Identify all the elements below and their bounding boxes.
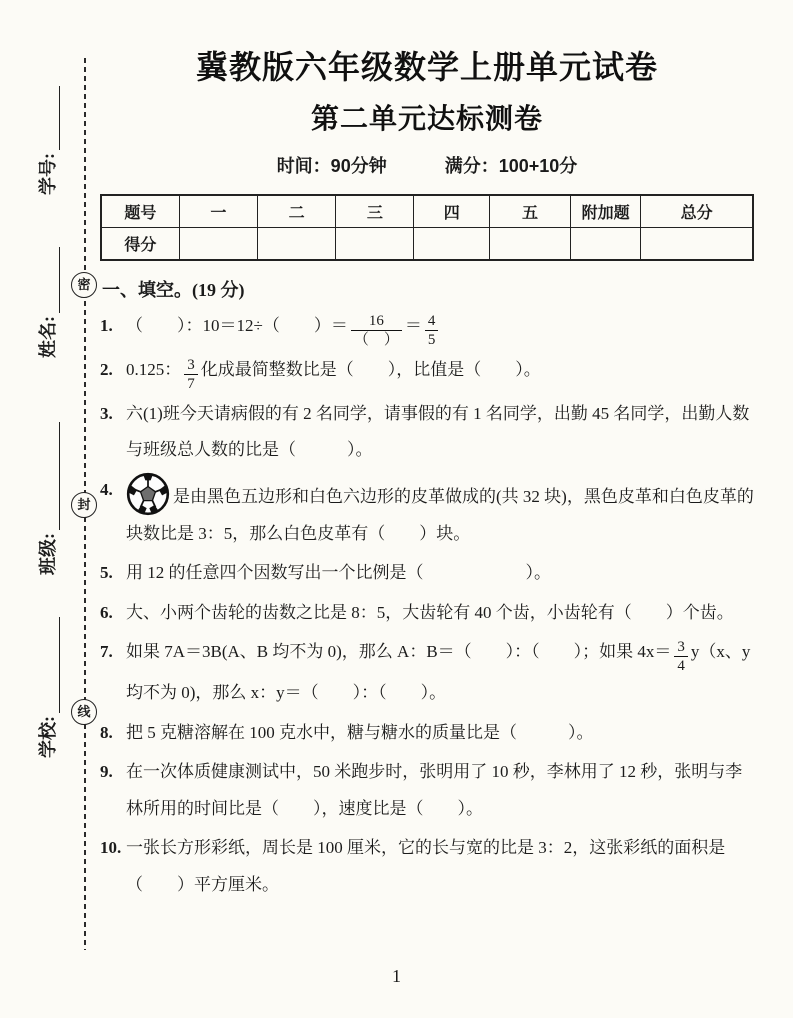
question-item: 5.用 12 的任意四个因数写出一个比例是（ ）。 xyxy=(100,555,754,592)
margin-field-class: 班级: xyxy=(34,397,60,575)
score-table-score-row: 得分 xyxy=(101,228,753,261)
fill-blank-line xyxy=(43,247,60,313)
question-list: 1.（ ）：10＝12÷（ ）＝16（ ）＝452.0.125：37化成最简整数… xyxy=(100,308,754,903)
question-number: 1. xyxy=(100,308,126,345)
question-text: 用 12 的任意四个因数写出一个比例是（ ）。 xyxy=(126,555,754,592)
question-number: 7. xyxy=(100,634,126,671)
margin-field-label: 学号: xyxy=(34,153,60,195)
question-number: 3. xyxy=(100,396,126,433)
fraction-denominator: 4 xyxy=(674,656,688,675)
score-table-header-cell: 三 xyxy=(336,195,414,228)
question-number: 6. xyxy=(100,595,126,632)
question-number: 5. xyxy=(100,555,126,592)
score-table-header-cell: 四 xyxy=(414,195,490,228)
question-item: 8.把 5 克糖溶解在 100 克水中，糖与糖水的质量比是（ ）。 xyxy=(100,715,754,752)
paper-subtitle: 第二单元达标测卷 xyxy=(100,97,754,137)
question-text: 如果 7A＝3B(A、B 均不为 0)，那么 A：B＝（ ）：（ ）；如果 4x… xyxy=(126,634,754,711)
fraction: 16（ ） xyxy=(351,312,402,349)
margin-field-student-name: 姓名: xyxy=(34,223,60,358)
fraction: 45 xyxy=(425,312,439,349)
score-cell xyxy=(641,228,753,261)
seal-char: 密 xyxy=(71,272,97,298)
exam-paper-page: 学号:姓名:班级:学校: 密封线 冀教版六年级数学上册单元试卷 第二单元达标测卷… xyxy=(0,0,793,1018)
question-text: 大、小两个齿轮的齿数之比是 8：5，大齿轮有 40 个齿，小齿轮有（ ）个齿。 xyxy=(126,595,754,632)
margin-field-label: 姓名: xyxy=(34,316,60,358)
score-table: 题号一二三四五附加题总分得分 xyxy=(100,194,754,261)
margin-field-student-id: 学号: xyxy=(34,65,60,195)
exam-full-score: 满分：100+10分 xyxy=(445,152,578,178)
question-item: 6.大、小两个齿轮的齿数之比是 8：5，大齿轮有 40 个齿，小齿轮有（ ）个齿… xyxy=(100,595,754,632)
question-text: 在一次体质健康测试中，50 米跑步时，张明用了 10 秒，李林用了 12 秒，张… xyxy=(126,754,754,827)
fraction-denominator: 7 xyxy=(184,374,198,393)
exam-time: 时间：90分钟 xyxy=(277,152,387,178)
question-text: 把 5 克糖溶解在 100 克水中，糖与糖水的质量比是（ ）。 xyxy=(126,715,754,752)
question-item: 9.在一次体质健康测试中，50 米跑步时，张明用了 10 秒，李林用了 12 秒… xyxy=(100,754,754,827)
exam-info-line: 时间：90分钟 满分：100+10分 xyxy=(100,152,754,178)
question-item: 2.0.125：37化成最简整数比是（ ），比值是（ ）。 xyxy=(100,352,754,393)
question-text: 一张长方形彩纸，周长是 100 厘米，它的长与宽的比是 3：2，这张彩纸的面积是… xyxy=(126,830,754,903)
fraction-numerator: 3 xyxy=(184,356,198,374)
margin-field-school: 学校: xyxy=(34,593,60,758)
score-table-header-cell: 一 xyxy=(179,195,257,228)
fraction-denominator: 5 xyxy=(425,330,439,349)
fill-blank-line xyxy=(43,617,60,713)
score-table-header-cell: 题号 xyxy=(101,195,179,228)
score-table-body: 题号一二三四五附加题总分得分 xyxy=(101,195,753,260)
question-number: 2. xyxy=(100,352,126,389)
question-number: 8. xyxy=(100,715,126,752)
question-item: 10.一张长方形彩纸，周长是 100 厘米，它的长与宽的比是 3：2，这张彩纸的… xyxy=(100,830,754,903)
question-item: 7.如果 7A＝3B(A、B 均不为 0)，那么 A：B＝（ ）：（ ）；如果 … xyxy=(100,634,754,711)
page-number: 1 xyxy=(0,966,793,987)
margin-field-label: 学校: xyxy=(34,716,60,758)
paper-content: 冀教版六年级数学上册单元试卷 第二单元达标测卷 时间：90分钟 满分：100+1… xyxy=(100,42,754,906)
margin-field-label: 班级: xyxy=(34,533,60,575)
fill-blank-line xyxy=(43,422,60,530)
fraction-numerator: 3 xyxy=(674,638,688,656)
fraction: 37 xyxy=(184,356,198,393)
fraction-numerator: 4 xyxy=(425,312,439,330)
score-cell xyxy=(570,228,640,261)
score-table-header-cell: 附加题 xyxy=(570,195,640,228)
question-number: 10. xyxy=(100,830,126,867)
paper-title: 冀教版六年级数学上册单元试卷 xyxy=(100,42,754,88)
question-text: 是由黑色五边形和白色六边形的皮革做成的(共 32 块)，黑色皮革和白色皮革的块数… xyxy=(126,472,754,553)
question-item: 3.六(1)班今天请病假的有 2 名同学，请事假的有 1 名同学，出勤 45 名… xyxy=(100,396,754,469)
score-cell xyxy=(490,228,571,261)
score-cell xyxy=(336,228,414,261)
fraction-numerator: 16 xyxy=(351,312,402,330)
score-cell xyxy=(179,228,257,261)
question-number: 4. xyxy=(100,472,126,509)
question-text: 六(1)班今天请病假的有 2 名同学，请事假的有 1 名同学，出勤 45 名同学… xyxy=(126,396,754,469)
score-table-header-cell: 五 xyxy=(490,195,571,228)
fraction: 34 xyxy=(674,638,688,675)
score-cell xyxy=(257,228,335,261)
question-text: 0.125：37化成最简整数比是（ ），比值是（ ）。 xyxy=(126,352,754,393)
question-item: 4. 是由黑色五边形和白色六边形的皮革做成的(共 32 块)，黑色皮革和白色皮革… xyxy=(100,472,754,553)
question-item: 1.（ ）：10＝12÷（ ）＝16（ ）＝45 xyxy=(100,308,754,349)
fill-blank-line xyxy=(43,86,60,150)
question-number: 9. xyxy=(100,754,126,791)
soccer-ball-icon xyxy=(126,472,170,516)
question-text: （ ）：10＝12÷（ ）＝16（ ）＝45 xyxy=(126,308,754,349)
section-heading: 一、填空。(19 分) xyxy=(102,276,754,302)
score-table-header-cell: 总分 xyxy=(641,195,753,228)
seal-char: 线 xyxy=(71,699,97,725)
score-row-label: 得分 xyxy=(101,228,179,261)
score-cell xyxy=(414,228,490,261)
score-table-header-row: 题号一二三四五附加题总分 xyxy=(101,195,753,228)
seal-char: 封 xyxy=(71,492,97,518)
fraction-denominator: （ ） xyxy=(351,330,402,349)
score-table-header-cell: 二 xyxy=(257,195,335,228)
